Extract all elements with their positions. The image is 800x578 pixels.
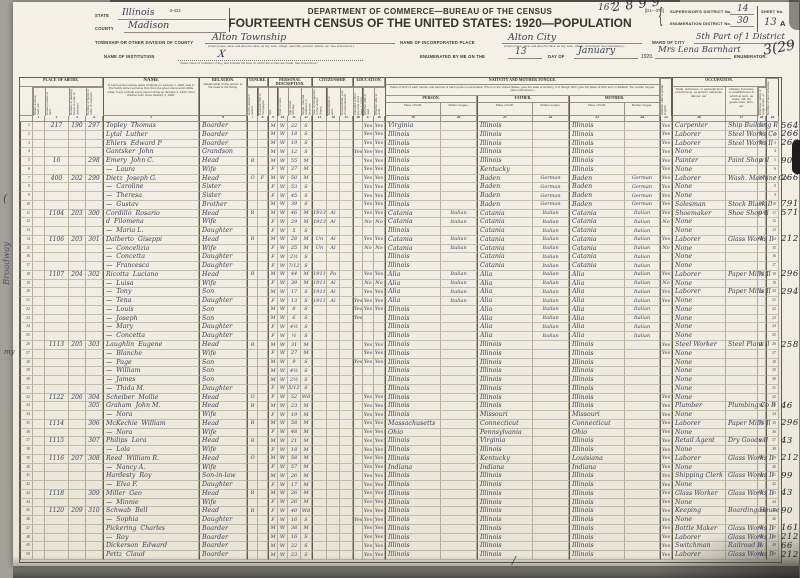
table-cell: 58 <box>288 420 301 429</box>
table-cell: 6 <box>766 166 779 175</box>
table-cell: Alia <box>569 332 625 341</box>
table-cell <box>353 464 363 473</box>
table-cell: Glass Works Il <box>726 490 758 499</box>
table-cell: — Page <box>103 359 199 368</box>
table-cell: 44 <box>288 271 301 280</box>
table-cell: None <box>672 464 726 473</box>
table-cell <box>69 166 86 175</box>
table-cell <box>45 472 69 481</box>
table-cell: W <box>278 542 288 551</box>
table-cell: W <box>278 140 288 149</box>
table-cell: Louisiana <box>569 455 625 464</box>
table-cell <box>312 490 327 499</box>
table-cell <box>353 481 363 490</box>
table-cell: 9 <box>288 359 301 368</box>
table-cell <box>625 472 660 481</box>
table-cell <box>33 297 45 306</box>
table-cell <box>258 148 268 157</box>
table-cell: F <box>268 192 278 201</box>
table-cell: Yes <box>363 210 374 219</box>
table-cell <box>33 262 45 271</box>
table-cell <box>45 306 69 315</box>
table-cell: S <box>301 253 312 262</box>
table-cell: Italian <box>625 332 660 341</box>
line-number-cell: 41 <box>20 472 33 481</box>
table-cell: Yes <box>374 542 385 551</box>
table-cell: Yes <box>363 297 374 306</box>
scan-corner-top-right <box>789 0 800 30</box>
table-cell <box>258 157 268 166</box>
table-cell <box>86 499 103 508</box>
table-cell: Illinois <box>569 157 625 166</box>
table-cell <box>353 166 363 175</box>
table-cell: Illinois <box>477 481 533 490</box>
table-cell: 27 <box>766 350 779 359</box>
table-cell: 1116 <box>45 455 69 464</box>
margin-pen-mark: ( <box>3 192 7 205</box>
table-cell <box>258 385 268 394</box>
table-cell <box>340 280 353 289</box>
table-cell: M <box>268 490 278 499</box>
table-cell: Glass Worker <box>672 490 726 499</box>
table-cell: F <box>268 262 278 271</box>
table-cell <box>340 271 353 280</box>
table-cell <box>625 507 660 516</box>
table-cell <box>533 166 569 175</box>
table-cell: M <box>268 157 278 166</box>
table-cell <box>625 534 660 543</box>
table-cell <box>533 394 569 403</box>
table-cell <box>340 385 353 394</box>
table-cell <box>758 227 766 236</box>
table-cell <box>340 429 353 438</box>
table-cell <box>441 542 477 551</box>
table-cell <box>340 376 353 385</box>
table-cell: Yes <box>374 490 385 499</box>
table-cell <box>45 227 69 236</box>
table-cell: No <box>660 218 672 227</box>
table-cell: S <box>301 315 312 324</box>
table-cell: — James <box>103 376 199 385</box>
table-cell <box>340 253 353 262</box>
table-cell <box>312 306 327 315</box>
header-immigration: Year of immigration to the United States… <box>312 87 327 116</box>
line-number-cell: 15 <box>20 245 33 254</box>
table-cell <box>660 359 672 368</box>
table-cell <box>327 315 340 324</box>
table-cell <box>758 297 766 306</box>
table-cell: Glass Works Il <box>726 236 758 245</box>
table-cell <box>327 157 340 166</box>
table-cell: R <box>247 402 258 411</box>
table-cell: Italian <box>533 297 569 306</box>
line-number-cell: 25 <box>20 332 33 341</box>
table-cell <box>312 166 327 175</box>
table-cell <box>258 166 268 175</box>
table-cell <box>353 429 363 438</box>
table-cell <box>247 227 258 236</box>
table-cell: None <box>672 411 726 420</box>
table-cell <box>363 385 374 394</box>
table-cell: Illinois <box>385 166 441 175</box>
table-cell: M <box>301 429 312 438</box>
table-cell <box>69 262 86 271</box>
table-cell <box>327 551 340 560</box>
table-cell <box>33 192 45 201</box>
table-cell: Yes <box>374 306 385 315</box>
table-cell <box>327 332 340 341</box>
line-number-cell: 5 <box>20 157 33 166</box>
table-cell <box>45 140 69 149</box>
table-cell: F <box>268 429 278 438</box>
table-cell <box>441 429 477 438</box>
table-cell <box>33 420 45 429</box>
table-cell: R <box>247 490 258 499</box>
table-cell: W <box>278 499 288 508</box>
incorporated-value: Alton City <box>508 32 556 43</box>
table-cell: Yes <box>660 341 672 350</box>
table-cell: Illinois <box>569 446 625 455</box>
table-cell: 9 <box>766 192 779 201</box>
table-cell <box>340 507 353 516</box>
table-cell <box>758 429 766 438</box>
table-cell <box>247 429 258 438</box>
table-cell <box>33 306 45 315</box>
table-cell <box>353 323 363 332</box>
table-cell <box>33 183 45 192</box>
enumerator-name: Mrs Lena Barnhart <box>658 45 741 55</box>
table-cell: No <box>374 218 385 227</box>
supervisors-label: SUPERVISOR'S DISTRICT No. <box>670 9 732 14</box>
table-cell: 37 <box>288 166 301 175</box>
table-cell <box>353 420 363 429</box>
header-industry-note: Industry, business, or establishment in … <box>726 87 758 116</box>
table-cell: Boarder <box>199 525 247 534</box>
table-cell <box>33 236 45 245</box>
table-cell: Illinois <box>477 507 533 516</box>
table-cell <box>69 411 86 420</box>
table-cell: S <box>301 131 312 140</box>
enumeration-value: 30 <box>737 16 748 26</box>
table-cell <box>340 551 353 560</box>
table-cell: 5 <box>766 157 779 166</box>
table-cell: 8 <box>766 183 779 192</box>
table-cell: W <box>278 201 288 210</box>
table-cell: Illinois <box>477 131 533 140</box>
table-cell: 217 <box>45 122 69 131</box>
table-cell <box>327 446 340 455</box>
table-cell <box>340 367 353 376</box>
table-cell <box>312 367 327 376</box>
table-cell: S <box>301 288 312 297</box>
enumerated-month-blank <box>574 58 638 59</box>
header-street: Street, avenue, road, etc. <box>33 87 45 116</box>
table-cell <box>258 420 268 429</box>
table-cell <box>45 253 69 262</box>
table-cell: F <box>268 323 278 332</box>
table-cell <box>533 551 569 560</box>
table-cell: Illinois <box>569 507 625 516</box>
table-cell: Yes <box>374 464 385 473</box>
table-cell <box>441 507 477 516</box>
table-cell <box>353 131 363 140</box>
table-cell <box>625 166 660 175</box>
table-cell: — Mary <box>103 323 199 332</box>
table-cell <box>353 455 363 464</box>
table-cell: Yes <box>363 140 374 149</box>
table-cell: W <box>278 175 288 184</box>
table-cell <box>363 227 374 236</box>
table-cell: Yes <box>363 359 374 368</box>
table-cell: Pennsylvania <box>477 429 533 438</box>
table-cell <box>758 262 766 271</box>
table-cell: F <box>268 245 278 254</box>
table-cell: M <box>301 455 312 464</box>
table-cell: W <box>278 271 288 280</box>
line-number-cell: 34 <box>20 411 33 420</box>
table-cell <box>758 499 766 508</box>
township-blank <box>205 43 395 44</box>
table-cell: Yes <box>363 166 374 175</box>
table-cell <box>660 306 672 315</box>
table-cell <box>374 227 385 236</box>
incorporated-blank <box>502 43 642 44</box>
table-cell: Italian <box>441 297 477 306</box>
table-cell: W <box>758 534 766 543</box>
table-cell: M <box>301 472 312 481</box>
table-cell <box>758 385 766 394</box>
table-cell: Paint Shop Il <box>726 157 758 166</box>
table-cell <box>340 481 353 490</box>
table-cell <box>625 350 660 359</box>
table-cell: S <box>301 332 312 341</box>
table-cell <box>533 359 569 368</box>
table-cell: W <box>278 516 288 525</box>
table-cell <box>353 271 363 280</box>
table-cell: Catania <box>385 218 441 227</box>
table-cell <box>758 359 766 368</box>
margin-pen-mark-2: my <box>4 348 15 356</box>
table-cell <box>45 376 69 385</box>
table-cell: Indiana <box>569 464 625 473</box>
table-cell: 1 <box>766 122 779 131</box>
table-cell <box>69 525 86 534</box>
table-cell: 202 <box>69 175 86 184</box>
margin-number: 266 <box>781 138 800 148</box>
line-number-cell: 11 <box>20 210 33 219</box>
margin-number: 43 <box>781 436 800 446</box>
table-cell: 17 <box>288 481 301 490</box>
table-cell <box>86 385 103 394</box>
table-cell <box>69 297 86 306</box>
table-cell: F <box>268 297 278 306</box>
table-cell <box>533 341 569 350</box>
table-cell: Steel Works Co <box>726 131 758 140</box>
table-cell: W <box>278 350 288 359</box>
table-cell <box>86 253 103 262</box>
table-cell <box>33 534 45 543</box>
table-cell <box>86 315 103 324</box>
table-cell <box>340 306 353 315</box>
table-cell: Head <box>199 394 247 403</box>
table-cell: 50 <box>288 175 301 184</box>
table-cell <box>33 271 45 280</box>
table-cell <box>340 534 353 543</box>
table-cell: Al <box>327 288 340 297</box>
table-cell <box>312 507 327 516</box>
table-cell <box>327 148 340 157</box>
table-cell: Yes <box>374 481 385 490</box>
table-cell: Yes <box>660 271 672 280</box>
table-cell: Illinois <box>385 148 441 157</box>
table-cell: Yes <box>363 183 374 192</box>
table-cell <box>353 385 363 394</box>
table-cell: Head <box>199 455 247 464</box>
table-cell <box>247 323 258 332</box>
census-scan-page: STATE Illinois COUNTY Madison 9-422 DEPA… <box>0 0 800 578</box>
table-cell <box>441 183 477 192</box>
table-cell <box>69 157 86 166</box>
table-cell <box>374 385 385 394</box>
table-cell: — Concetta <box>103 253 199 262</box>
margin-number: 266 <box>781 173 800 183</box>
table-cell: Illinois <box>569 551 625 560</box>
table-cell <box>353 525 363 534</box>
table-cell: Yes <box>374 359 385 368</box>
table-cell <box>247 481 258 490</box>
table-cell: Yes <box>363 490 374 499</box>
table-cell <box>533 437 569 446</box>
table-cell: Paper Mills Il <box>726 271 758 280</box>
table-cell: — Concelizia <box>103 245 199 254</box>
table-cell: German <box>625 175 660 184</box>
table-cell: 203 <box>69 236 86 245</box>
table-cell <box>258 525 268 534</box>
table-cell: Yes <box>660 534 672 543</box>
table-cell <box>758 367 766 376</box>
table-cell: Illinois <box>477 385 533 394</box>
table-cell <box>625 122 660 131</box>
table-cell: M <box>301 420 312 429</box>
table-cell: Al <box>327 280 340 289</box>
header-dwelling: Number of dwelling house in order of vis… <box>69 87 86 116</box>
table-cell: Miller Geo <box>103 490 199 499</box>
table-cell: 16 <box>288 534 301 543</box>
table-cell: W <box>278 446 288 455</box>
line-number-cell: 39 <box>20 455 33 464</box>
table-cell <box>340 210 353 219</box>
table-cell: Plumbing Co Il <box>726 402 758 411</box>
table-cell: 46 <box>288 210 301 219</box>
table-cell: 16 <box>766 253 779 262</box>
table-cell: W <box>278 192 288 201</box>
header-nativity-note: Place of birth of each person and parent… <box>385 85 660 96</box>
table-cell: Illinois <box>569 481 625 490</box>
table-cell <box>247 385 258 394</box>
table-cell: No <box>660 280 672 289</box>
table-cell: McKechie William <box>103 420 199 429</box>
table-cell <box>327 175 340 184</box>
table-cell: F <box>268 499 278 508</box>
table-cell <box>625 481 660 490</box>
table-cell: Illinois <box>385 367 441 376</box>
table-cell <box>312 350 327 359</box>
table-cell: Yes <box>363 446 374 455</box>
table-cell <box>758 394 766 403</box>
table-cell: Virginia <box>477 437 533 446</box>
table-cell: Daughter <box>199 385 247 394</box>
margin-number: 296 <box>781 269 800 279</box>
table-cell <box>441 157 477 166</box>
table-cell: 307 <box>86 437 103 446</box>
table-cell: Yes <box>660 525 672 534</box>
table-cell: Yes <box>660 420 672 429</box>
table-cell: M <box>268 288 278 297</box>
table-cell: Baden <box>477 175 533 184</box>
table-cell <box>33 429 45 438</box>
table-cell: Illinois <box>569 542 625 551</box>
table-cell <box>247 350 258 359</box>
table-cell: 13 <box>766 227 779 236</box>
table-cell: Yes <box>363 525 374 534</box>
table-cell: Yes <box>660 490 672 499</box>
table-cell: S <box>301 306 312 315</box>
table-cell: Catania <box>569 253 625 262</box>
header-mtongue: Mother tongue. <box>441 103 477 116</box>
table-cell: 22 <box>766 306 779 315</box>
table-cell: — Joseph <box>103 315 199 324</box>
table-cell: Shoemaker <box>672 210 726 219</box>
table-cell: Italian <box>533 315 569 324</box>
table-cell <box>33 201 45 210</box>
table-cell <box>758 516 766 525</box>
table-cell: 45 <box>766 507 779 516</box>
table-cell: Wife <box>199 280 247 289</box>
table-cell: Illinois <box>477 157 533 166</box>
table-cell: Yes <box>374 140 385 149</box>
table-cell <box>327 385 340 394</box>
table-cell <box>247 534 258 543</box>
table-cell: Wife <box>199 464 247 473</box>
table-cell <box>258 288 268 297</box>
table-cell <box>312 253 327 262</box>
table-cell <box>312 227 327 236</box>
header-place-of-abode: PLACE OF ABODE. <box>20 78 103 87</box>
table-cell <box>327 481 340 490</box>
table-cell: W <box>278 157 288 166</box>
table-cell <box>726 227 758 236</box>
table-cell: Plumber <box>672 402 726 411</box>
enumeration-label: ENUMERATION DISTRICT No. <box>670 21 731 26</box>
table-cell <box>353 394 363 403</box>
table-cell: None <box>672 359 726 368</box>
table-cell: Yes <box>374 551 385 560</box>
table-cell <box>258 341 268 350</box>
table-cell <box>258 332 268 341</box>
table-cell <box>327 376 340 385</box>
table-cell: — Thida M. <box>103 385 199 394</box>
table-cell: Yes <box>660 201 672 210</box>
table-cell: None <box>672 306 726 315</box>
table-cell: M <box>301 271 312 280</box>
table-cell <box>258 394 268 403</box>
table-cell <box>69 332 86 341</box>
table-cell <box>353 288 363 297</box>
table-cell: Illinois <box>385 490 441 499</box>
table-cell <box>441 323 477 332</box>
table-cell: M <box>268 140 278 149</box>
table-cell: W <box>758 157 766 166</box>
